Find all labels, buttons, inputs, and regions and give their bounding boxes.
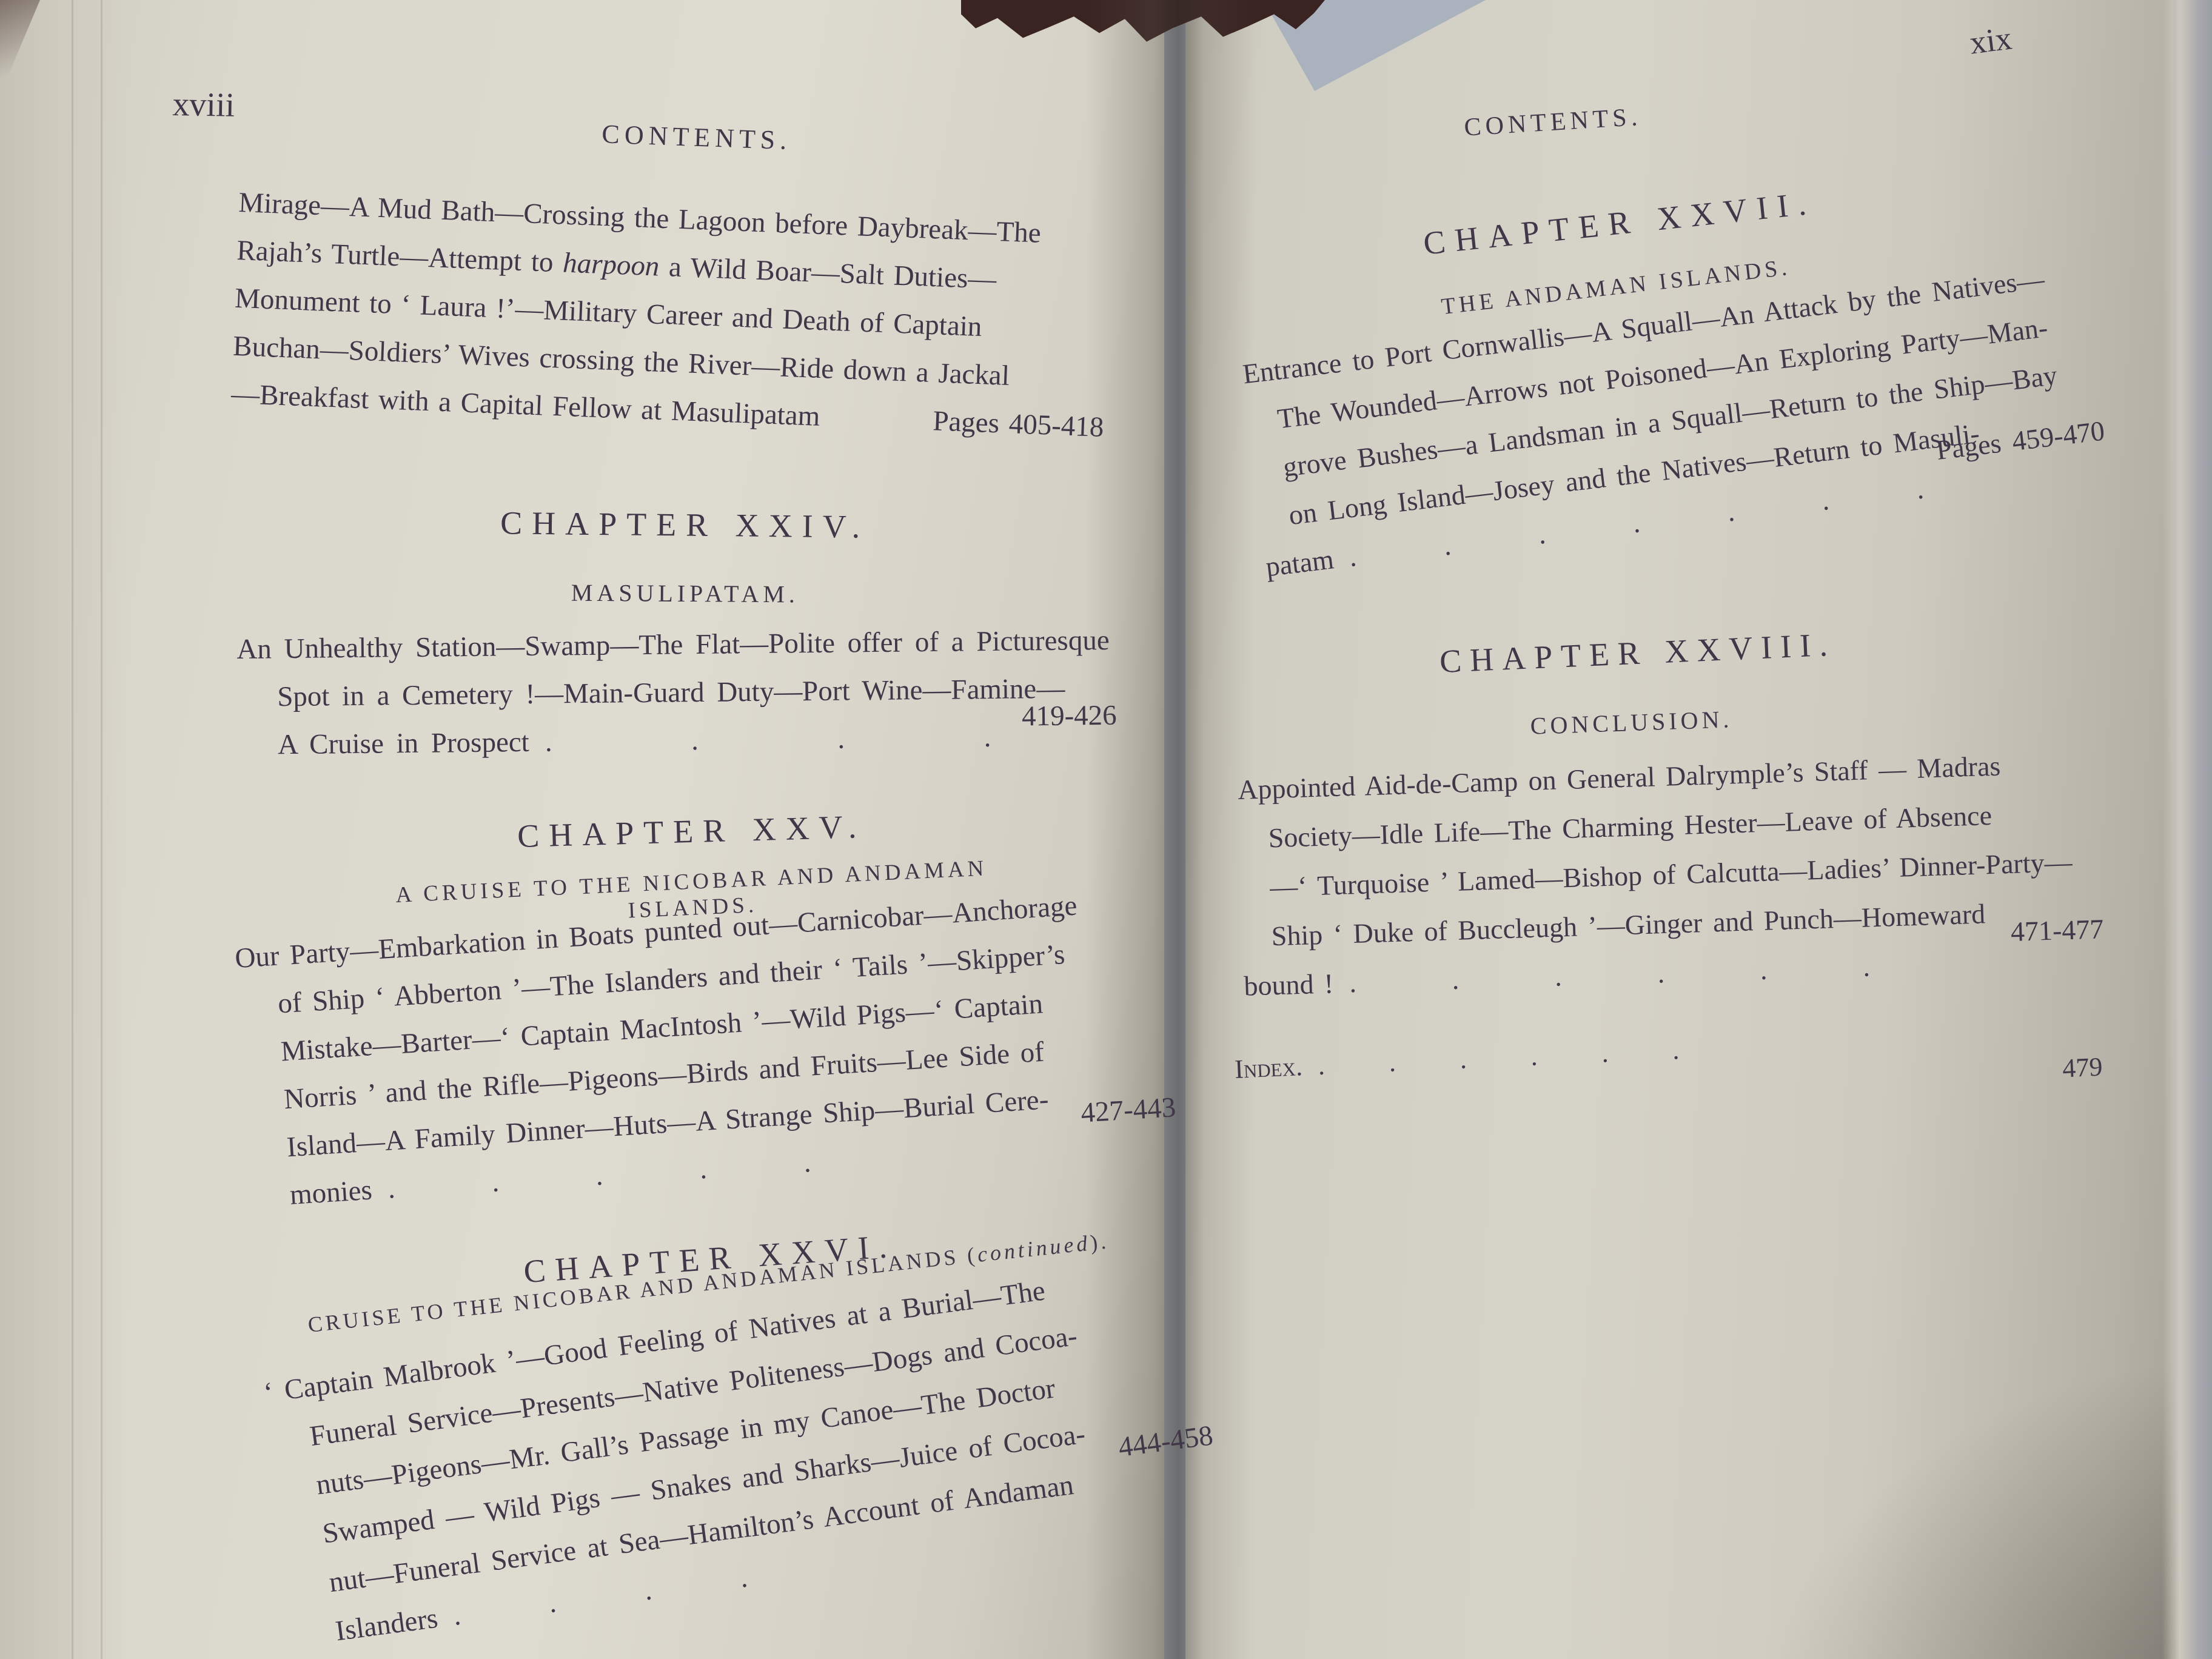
page-range: 471-477 xyxy=(2010,904,2105,956)
toc-paragraph-xxviii: Appointed Aid-de-Camp on General Dalrymp… xyxy=(1237,738,2105,1010)
leader-dots xyxy=(820,426,933,430)
toc-line: A Cruise in Prospect . . . . . 419-426 xyxy=(238,712,1118,769)
page-range: 479 xyxy=(2062,1051,2103,1084)
fore-edge-left xyxy=(0,0,130,1659)
leader-dots xyxy=(1086,1439,1118,1443)
fore-edge-right xyxy=(2162,0,2212,1659)
toc-paragraph-intro: Mirage—A Mud Bath—Crossing the Lagoon be… xyxy=(230,179,1112,452)
page-stack-line xyxy=(101,0,102,1659)
toc-line: Spot in a Cemetery !—Main-Guard Duty—Por… xyxy=(237,665,1117,722)
leader-dots xyxy=(1049,1107,1081,1108)
right-page-number: xix xyxy=(1968,19,2014,62)
left-page-number: xviii xyxy=(172,85,235,125)
page-range: Pages 405-418 xyxy=(932,397,1105,452)
toc-paragraph-xxiv: An Unhealthy Station—Swamp—The Flat—Poli… xyxy=(236,617,1117,769)
chapter-heading-xxiv: CHAPTER XXIV. xyxy=(424,503,946,546)
page-range: 419-426 xyxy=(1022,692,1117,741)
toc-line: An Unhealthy Station—Swamp—The Flat—Poli… xyxy=(236,617,1116,674)
leader-dots: . . . . . xyxy=(529,713,1022,766)
page-stack-line xyxy=(72,0,73,1659)
page-range: 427-443 xyxy=(1079,1084,1177,1138)
book-photo: xviii CONTENTS. Mirage—A Mud Bath—Crossi… xyxy=(0,0,2212,1659)
toc-paragraph-xxv: Our Party—Embarkation in Boats punted ou… xyxy=(233,879,1138,1222)
chapter-subtitle-xxiv: MASULIPATAM. xyxy=(424,577,946,609)
index-label: Index xyxy=(1234,1051,1296,1085)
